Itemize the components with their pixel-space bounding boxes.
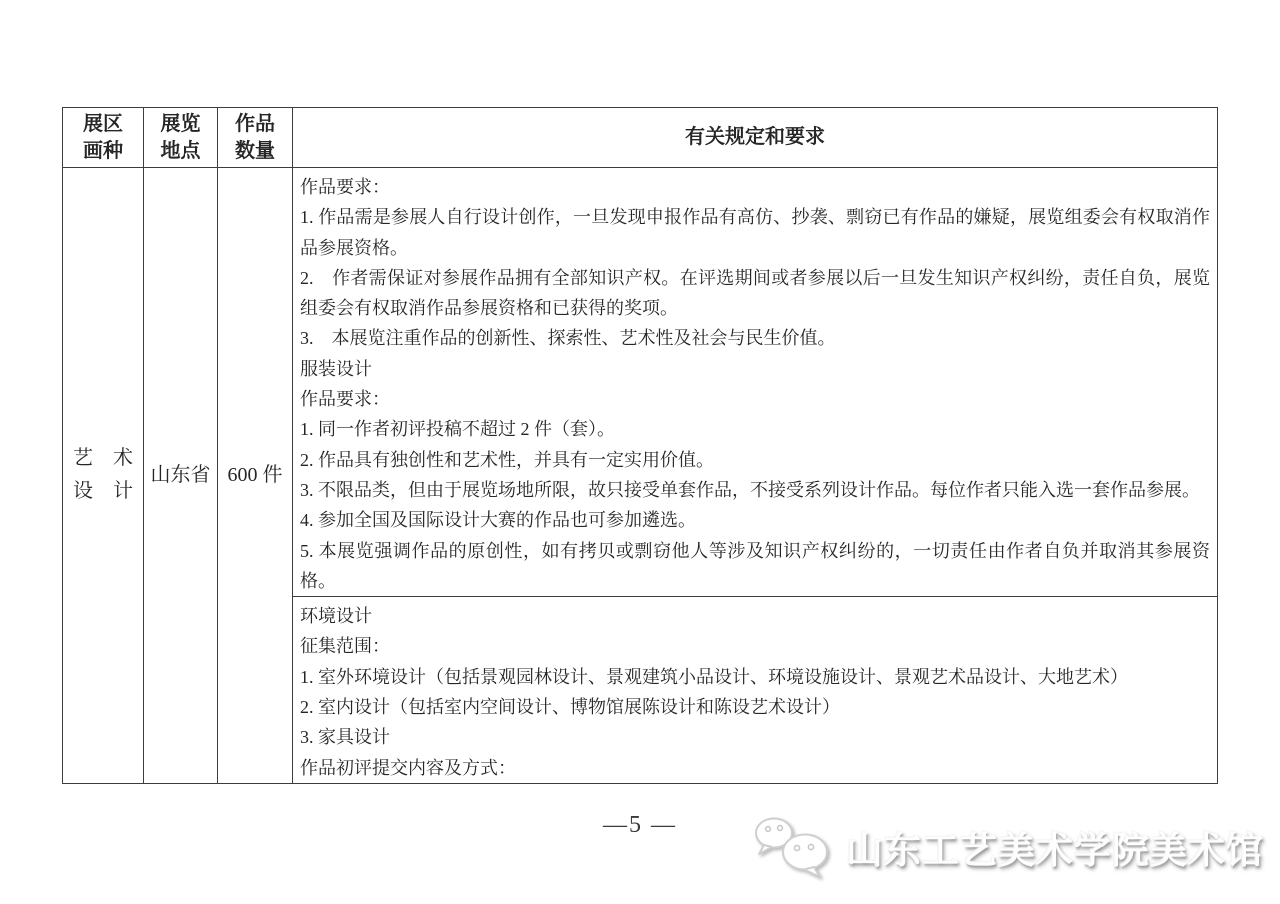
rule-line: 3. 不限品类，但由于展览场地所限，故只接受单套作品，不接受系列设计作品。每位作… [300, 475, 1210, 505]
header-line: 地点 [144, 138, 217, 165]
rule-line: 3. 本展览注重作品的创新性、探索性、艺术性及社会与民生价值。 [300, 323, 1210, 353]
rule-line: 2. 室内设计（包括室内空间设计、博物馆展陈设计和陈设艺术设计） [300, 692, 1210, 722]
watermark: 山东工艺美术学院美术馆 [750, 814, 1264, 880]
requirements-table: 展区 画种 展览 地点 作品 数量 有关规定和要求 艺 术 设 计 山东省 60… [62, 107, 1218, 784]
rule-line: 环境设计 [300, 601, 1210, 631]
wechat-bubbles-icon [750, 814, 838, 880]
rule-line: 1. 作品需是参展人自行设计创作，一旦发现申报作品有高仿、抄袭、剽窃已有作品的嫌… [300, 202, 1210, 263]
table-header-row: 展区 画种 展览 地点 作品 数量 有关规定和要求 [63, 108, 1218, 168]
rule-line: 2. 作品具有独创性和艺术性，并具有一定实用价值。 [300, 445, 1210, 475]
rule-line: 3. 家具设计 [300, 722, 1210, 752]
location-cell: 山东省 [144, 168, 218, 784]
header-line: 画种 [63, 138, 143, 165]
header-line: 作品 [218, 111, 292, 138]
rule-line: 服装设计 [300, 354, 1210, 384]
rule-line: 作品初评提交内容及方式： [300, 753, 1210, 783]
document-page: 展区 画种 展览 地点 作品 数量 有关规定和要求 艺 术 设 计 山东省 60… [0, 0, 1280, 904]
rule-line: 征集范围： [300, 631, 1210, 661]
category-cell: 艺 术 设 计 [63, 168, 144, 784]
rule-line: 2. 作者需保证对参展作品拥有全部知识产权。在评选期间或者参展以后一旦发生知识产… [300, 263, 1210, 324]
rules-cell-fashion-design: 作品要求： 1. 作品需是参展人自行设计创作，一旦发现申报作品有高仿、抄袭、剽窃… [293, 168, 1218, 597]
rule-line: 1. 同一作者初评投稿不超过 2 件（套）。 [300, 414, 1210, 444]
header-line: 数量 [218, 138, 292, 165]
header-exhibition-area: 展区 画种 [63, 108, 144, 168]
header-line: 展览 [144, 111, 217, 138]
rule-line: 作品要求： [300, 384, 1210, 414]
rule-line: 5. 本展览强调作品的原创性，如有拷贝或剽窃他人等涉及知识产权纠纷的，一切责任由… [300, 536, 1210, 597]
watermark-text: 山东工艺美术学院美术馆 [846, 820, 1264, 874]
table-row: 艺 术 设 计 山东省 600 件 作品要求： 1. 作品需是参展人自行设计创作… [63, 168, 1218, 597]
quantity-cell: 600 件 [218, 168, 293, 784]
page-footer: —5 — 山东工艺美术学院美术馆 [0, 806, 1280, 896]
rule-line: 作品要求： [300, 172, 1210, 202]
rule-line: 1. 室外环境设计（包括景观园林设计、景观建筑小品设计、环境设施设计、景观艺术品… [300, 662, 1210, 692]
rules-cell-environment-design: 环境设计 征集范围： 1. 室外环境设计（包括景观园林设计、景观建筑小品设计、环… [293, 597, 1218, 784]
rule-line: 4. 参加全国及国际设计大赛的作品也可参加遴选。 [300, 505, 1210, 535]
header-work-quantity: 作品 数量 [218, 108, 293, 168]
header-exhibition-location: 展览 地点 [144, 108, 218, 168]
header-regulations: 有关规定和要求 [293, 108, 1218, 168]
header-line: 展区 [63, 111, 143, 138]
